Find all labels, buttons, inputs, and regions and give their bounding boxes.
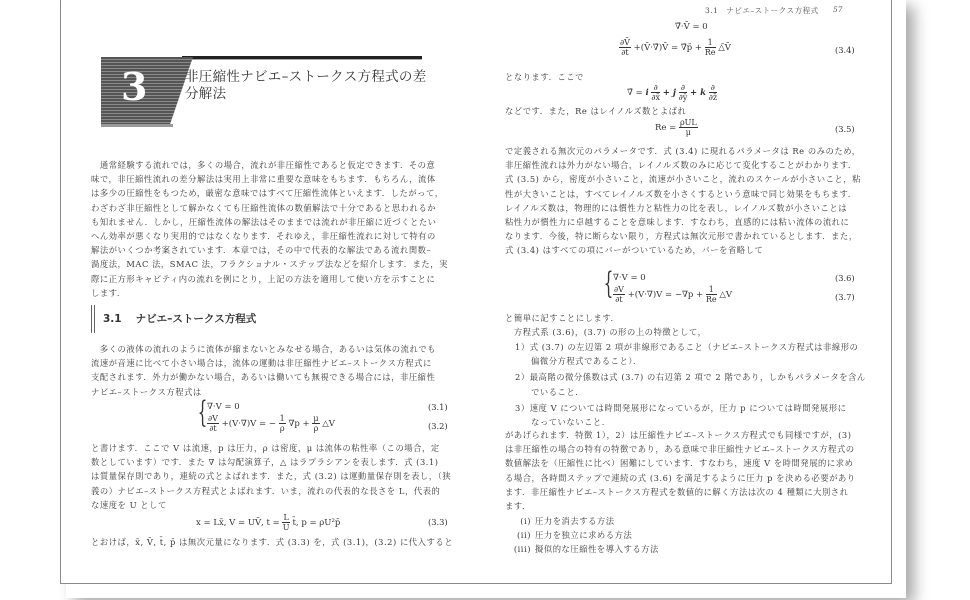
method-item: (ii)圧力を独立に求める方法 <box>511 528 811 542</box>
text-line: 解法がいくつか考案されています．本章では，その中で代表的な解法である流れ関数– <box>91 243 456 257</box>
fraction: ∂V∂t <box>207 414 219 433</box>
fraction: ρULμ <box>679 118 698 137</box>
text-line: 際に正方形キャビティ内の流れを例にとり，上記の方法を適用して使い方を示すことに <box>91 272 456 286</box>
text-line: 数としています）です．また ∇ は勾配演算子，△ はラプラシアンを表します．式 … <box>91 455 459 469</box>
text-line: へん効率が悪くなり実用的ではなくなります．それゆえ，非圧縮性流れに対して特有の <box>91 229 456 243</box>
text-line: 通常経験する流れでは，多くの場合，流れが非圧縮性であると仮定できます．その意 <box>91 158 456 172</box>
closing-line: とおけば，x̄, V̄, t̄, p̄ は無次元量になります．式 (3.3) を… <box>91 535 471 549</box>
equation-continuity-bar: ∇̄·V̄ = 0 <box>675 22 708 32</box>
chapter-rule-thin <box>182 59 422 60</box>
text-line: レイノルズ数は，物理的には慣性力と粘性力の比を表し，レイノルズ数が小さいことは <box>505 201 880 215</box>
text-line: となります．ここで <box>505 70 584 84</box>
text-line: します． <box>91 286 456 300</box>
text-line: 方程式系 (3.6)，(3.7) の形の上の特徴として， <box>505 325 706 339</box>
text-line: 非圧縮性流れは外力がない場合，レイノルズ数のみに応じて変化することがわかります． <box>505 158 880 172</box>
equation-label-3-1: (3.1) <box>428 402 448 412</box>
feature-list: 1）式 (3.7) の左辺第 2 項が非線形であること（ナビエ–ストークス方程式… <box>515 340 885 429</box>
fraction: ∂∂x̄ <box>651 83 660 102</box>
fraction: μρ <box>312 414 319 433</box>
equation-3-3: x = Lx̄, V = UV̄, t = LU t̄, p = ρU²p̄ <box>196 513 340 532</box>
fraction: ∂∂ȳ <box>679 83 688 102</box>
text-line: わざわざ非圧縮性として解かなくても圧縮性流体の数値解法で十分であると思われるか <box>91 201 456 215</box>
fraction: ∂V̄∂t̄ <box>619 38 631 57</box>
fraction: 1Re <box>706 285 717 304</box>
features-paragraph: があげられます．特徴 1），2）は圧縮性ナビエ–ストークス方程式でも同様ですが，… <box>505 428 880 513</box>
feature-item: 3）速度 V については時間発展形になっているが，圧力 p については時間発展形… <box>515 401 885 429</box>
text-line: で定義される無次元のパラメータです．式 (3.4) に現れるパラメータは Re … <box>505 144 880 158</box>
section-heading: 3.1ナビエ–ストークス方程式 <box>91 305 256 333</box>
chapter-number: 3 <box>121 64 147 109</box>
text-line: 式 (3.5) から，密度が小さいこと，流速が小さいこと，流れのスケールが小さい… <box>505 172 880 186</box>
feature-item: 1）式 (3.7) の左辺第 2 項が非線形であること（ナビエ–ストークス方程式… <box>515 340 885 368</box>
equation-3-6: ∇·V = 0 <box>613 273 646 283</box>
book-spread: 3 非圧縮性ナビエ–ストークス方程式の差分解法 通常経験する流れでは，多くの場合… <box>60 0 892 584</box>
equation-nabla: ∇̄ = i ∂∂x̄ + j ∂∂ȳ + k ∂∂z̄ <box>627 83 717 102</box>
text-line: る場合，各時間ステップで連続の式 (3.6) を満足するように圧力 p を決める… <box>505 471 880 485</box>
method-item: (iii)擬似的な圧縮性を導入する方法 <box>511 542 811 556</box>
method-list: (i)圧力を消去する方法 (ii)圧力を独立に求める方法 (iii)擬似的な圧縮… <box>511 514 811 557</box>
text-line: 義の）ナビエ–ストークス方程式とよばれます．いま，流れの代表的な長さを L，代表… <box>91 484 459 498</box>
text-line: 多くの液体の流れのように流体が縮まないとみなせる場合，あるいは気体の流れでも <box>91 342 456 356</box>
left-page: 3 非圧縮性ナビエ–ストークス方程式の差分解法 通常経験する流れでは，多くの場合… <box>61 0 477 583</box>
text-line: と簡単に記すことにします． <box>505 311 619 325</box>
section-number: 3.1 <box>103 313 122 325</box>
equation-label-3-3: (3.3) <box>428 517 448 527</box>
text-line: 数値解法を（圧縮性に比べ）困難にしています．すなわち，速度 V を時間発展的に求… <box>505 456 880 470</box>
running-head: 3.1 ナビエ–ストークス方程式 <box>705 5 819 16</box>
fraction: 1Re <box>705 38 716 57</box>
section-title: ナビエ–ストークス方程式 <box>136 313 257 325</box>
text-line: 渦度法，MAC 法，SMAC 法，フラクショナル・ステップ法などを紹介します．ま… <box>91 257 456 271</box>
text-line: な速度を U として <box>91 498 459 512</box>
text-line: があげられます．特徴 1），2）は圧縮性ナビエ–ストークス方程式でも同様ですが，… <box>505 428 880 442</box>
text-line: ナビエ–ストークス方程式は <box>91 385 456 399</box>
equation-label-3-6: (3.6) <box>835 273 855 283</box>
text-line: 支配されます．外力が働かない場合，あるいは働いても無視できる場合には，非圧縮性 <box>91 370 456 384</box>
equation-label-3-4: (3.4) <box>835 45 855 55</box>
equation-3-2: ∂V∂t +(V·∇)V = − 1ρ ∇p + μρ △V <box>207 414 335 433</box>
text-line: などです．また，Re はレイノルズ数とよばれ <box>505 104 686 118</box>
equation-3-7: ∂V∂t +(V·∇)V = −∇p + 1Re △V <box>613 285 732 304</box>
text-line: なります．今後，特に断らない限り，方程式は無次元形で書かれているとします．また， <box>505 229 880 243</box>
equation-3-4: ∂V̄∂t̄ +(V̄·∇̄)V̄ = ∇̄p̄ + 1Re △̄V̄ <box>619 38 731 57</box>
right-page: 3.1 ナビエ–ストークス方程式 57 ∇̄·V̄ = 0 ∂V̄∂t̄ +(V… <box>477 0 893 583</box>
fraction: LU <box>282 513 289 532</box>
chapter-title: 非圧縮性ナビエ–ストークス方程式の差分解法 <box>185 69 435 103</box>
text-line: も知れません．しかし，圧縮性流体の解法はそのままでは流れが非圧縮に近づくとたい <box>91 215 456 229</box>
intro-paragraph: 通常経験する流れでは，多くの場合，流れが非圧縮性であると仮定できます．その意 味… <box>91 158 456 300</box>
page-number: 57 <box>833 5 843 14</box>
method-item: (i)圧力を消去する方法 <box>511 514 811 528</box>
text-line: 流速が音速に比べて小さい場合は，流体の運動は非圧縮性ナビエ–ストークス方程式に <box>91 356 456 370</box>
text-line: は多少の圧縮性をもつため，厳密な意味ではすべて圧縮性流体といえます．したがって， <box>91 186 456 200</box>
feature-item: 2）最高階の微分係数は式 (3.7) の右辺第 2 項で 2 階であり，しかもパ… <box>515 370 885 398</box>
text-line: 粘性力が慣性力に卓越することを意味します．すなわち，直感的には粘い流体の流れに <box>505 215 880 229</box>
equation-3-1: ∇·V = 0 <box>207 402 240 412</box>
text-line: は質量保存則であり，連続の式とよばれます．また，式 (3.2) は運動量保存則を… <box>91 469 459 483</box>
text-line: ます． <box>505 499 880 513</box>
text-line: 性が大きいことは，すべてレイノルズ数を小さくするという意味で同じ効果をもちます． <box>505 187 880 201</box>
fraction: 1ρ <box>279 414 286 433</box>
text-line: は非圧縮性の場合の特有の特徴であり，ある意味で非圧縮性ナビエ–ストークス方程式の <box>505 442 880 456</box>
equation-label-3-5: (3.5) <box>835 124 855 134</box>
chapter-box-underline <box>101 124 173 127</box>
text-line: 式 (3.4) はすべての項にバーがついているため，バーを省略して <box>505 243 880 257</box>
fraction: ∂V∂t <box>613 285 625 304</box>
equation-brace: { <box>198 398 208 428</box>
equation-brace: { <box>604 269 614 299</box>
after-equation-paragraph: と書けます．ここで V は流速，p は圧力，ρ は密度，μ は流体の粘性率（この… <box>91 441 459 512</box>
reynolds-paragraph: で定義される無次元のパラメータです．式 (3.4) に現れるパラメータは Re … <box>505 144 880 258</box>
equation-label-3-2: (3.2) <box>428 421 448 431</box>
text-line: 味で，非圧縮性流れの差分解法は実用上非常に重要な意味をもちます．もちろん，流体 <box>91 172 456 186</box>
section-paragraph: 多くの液体の流れのように流体が縮まないとみなせる場合，あるいは気体の流れでも 流… <box>91 342 456 399</box>
fraction: ∂∂z̄ <box>709 83 717 102</box>
equation-3-5: Re = ρULμ <box>655 118 698 137</box>
text-line: ます．非圧縮性ナビエ–ストークス方程式を数値的に解く方法は次の 4 種類に大別さ… <box>505 485 880 499</box>
equation-label-3-7: (3.7) <box>835 292 855 302</box>
text-line: と書けます．ここで V は流速，p は圧力，ρ は密度，μ は流体の粘性率（この… <box>91 441 459 455</box>
